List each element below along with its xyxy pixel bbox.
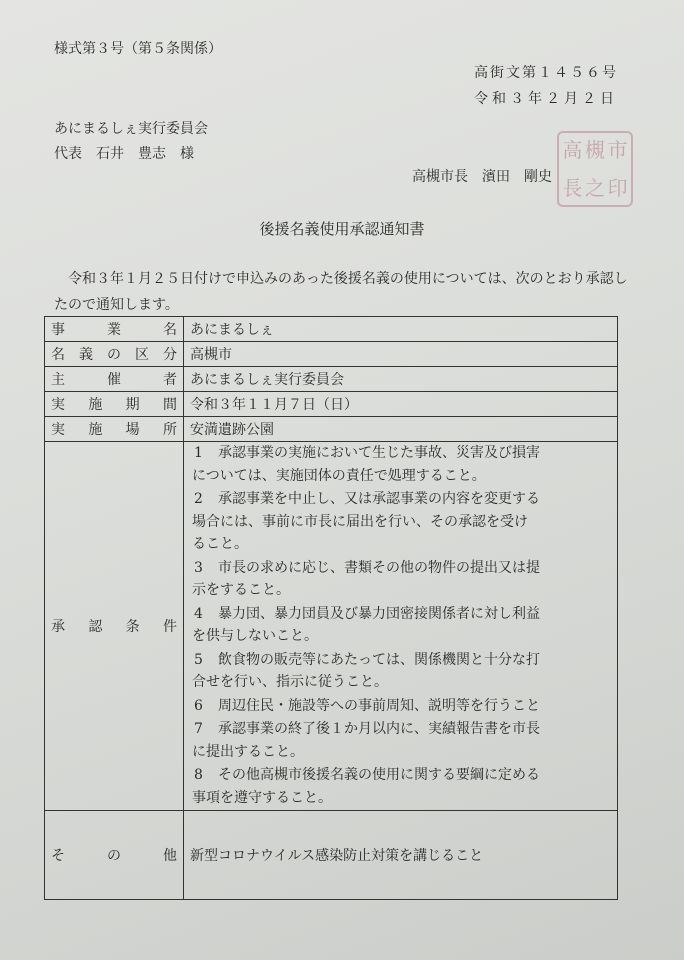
table-row: 実施期間令和３年１１月７日（日） bbox=[45, 392, 618, 417]
condition-item: 2承認事業を中止し、又は承認事業の内容を変更する場合には、事前に市長に届出を行い… bbox=[190, 488, 611, 556]
condition-number: 3 bbox=[190, 557, 218, 580]
sender-mayor: 高槻市長 濱田 剛史 bbox=[412, 166, 552, 186]
row-label: 事業名 bbox=[45, 317, 184, 342]
condition-number: 8 bbox=[190, 764, 218, 787]
row-label: 実施場所 bbox=[45, 417, 184, 442]
condition-number: 7 bbox=[190, 718, 218, 741]
condition-item: 1承認事業の実施において生じた事故、災害及び損害については、実施団体の責任で処理… bbox=[190, 442, 611, 487]
condition-item: 3市長の求めに応じ、書類その他の物件の提出又は提示をすること。 bbox=[190, 557, 611, 602]
document-date: 令和３年２月２日 bbox=[474, 88, 618, 108]
row-value: あにまるしぇ bbox=[184, 317, 618, 342]
condition-number: 4 bbox=[190, 603, 218, 626]
conditions-list: 1承認事業の実施において生じた事故、災害及び損害については、実施団体の責任で処理… bbox=[184, 442, 618, 811]
seal-glyph: 槻 bbox=[585, 138, 605, 162]
seal-glyph: 高 bbox=[562, 138, 582, 162]
seal-glyph: 印 bbox=[608, 176, 628, 200]
official-seal-icon: 高槻市長之印 bbox=[557, 131, 633, 207]
other-value: 新型コロナウイルス感染防止対策を講じること bbox=[184, 811, 618, 900]
seal-glyph: 市 bbox=[608, 138, 628, 162]
conditions-row: 承認条件1承認事業の実施において生じた事故、災害及び損害については、実施団体の責… bbox=[45, 442, 618, 811]
condition-number: 5 bbox=[190, 649, 218, 672]
condition-item: 5飲食物の販売等にあたっては、関係機関と十分な打合せを行い、指示に従うこと。 bbox=[190, 649, 611, 694]
row-value: 令和３年１１月７日（日） bbox=[184, 392, 618, 417]
document-number: 高街文第１４５６号 bbox=[474, 62, 618, 82]
condition-item: 7承認事業の終了後１か月以内に、実績報告書を市長に提出すること。 bbox=[190, 718, 611, 763]
approval-table: 事業名あにまるしぇ名義の区分高槻市主催者あにまるしぇ実行委員会実施期間令和３年１… bbox=[44, 316, 618, 900]
row-label: 名義の区分 bbox=[45, 342, 184, 367]
condition-number: 2 bbox=[190, 488, 218, 511]
conditions-label: 承認条件 bbox=[45, 442, 184, 811]
table-row: 事業名あにまるしぇ bbox=[45, 317, 618, 342]
form-number: 様式第３号（第５条関係） bbox=[54, 38, 222, 58]
row-value: あにまるしぇ実行委員会 bbox=[184, 367, 618, 392]
seal-glyph: 長 bbox=[562, 176, 582, 200]
other-label: その他 bbox=[45, 811, 184, 900]
condition-number: 1 bbox=[190, 442, 218, 465]
document-title: 後援名義使用承認通知書 bbox=[0, 218, 684, 239]
condition-item: 6周辺住民・施設等への事前周知、説明等を行うこと bbox=[190, 695, 611, 718]
condition-item: 8その他高槻市後援名義の使用に関する要綱に定める事項を遵守すること。 bbox=[190, 764, 611, 809]
condition-number: 6 bbox=[190, 695, 218, 718]
row-value: 高槻市 bbox=[184, 342, 618, 367]
row-label: 主催者 bbox=[45, 367, 184, 392]
seal-glyph: 之 bbox=[585, 176, 605, 200]
row-value: 安満遺跡公園 bbox=[184, 417, 618, 442]
addressee-organization: あにまるしぇ実行委員会 bbox=[54, 118, 208, 138]
table-row: 実施場所安満遺跡公園 bbox=[45, 417, 618, 442]
row-label: 実施期間 bbox=[45, 392, 184, 417]
addressee-representative: 代表 石井 豊志 様 bbox=[54, 143, 194, 163]
table-row: 主催者あにまるしぇ実行委員会 bbox=[45, 367, 618, 392]
other-row: その他新型コロナウイルス感染防止対策を講じること bbox=[45, 811, 618, 900]
condition-item: 4暴力団、暴力団員及び暴力団密接関係者に対し利益を供与しないこと。 bbox=[190, 603, 611, 648]
notice-body: 令和３年１月２５日付けで申込みのあった後援名義の使用については、次のとおり承認し… bbox=[54, 266, 629, 318]
table-row: 名義の区分高槻市 bbox=[45, 342, 618, 367]
